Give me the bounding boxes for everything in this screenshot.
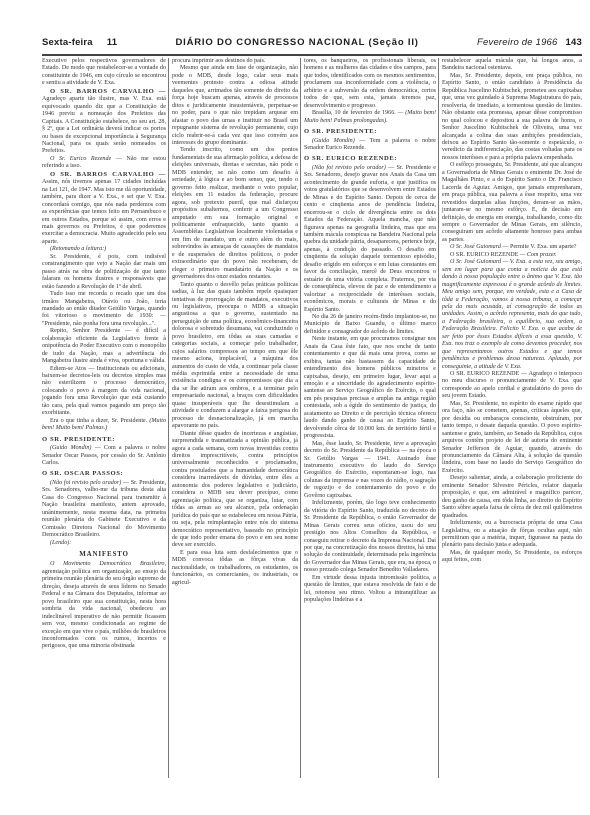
paragraph: Em virtude dessa injusta intromissão pol… [304, 575, 436, 605]
paragraph: O Movimento Democrático Brasileiro, agre… [42, 561, 166, 650]
column-2: procura imprimir aos destinos do país. M… [172, 58, 298, 587]
paragraph: Sr. Presidente, é pois, com indisível co… [42, 254, 166, 291]
speaker-paragraph: O SR. EURICO REZENDE — Com prazer. [442, 252, 582, 259]
speaker-heading: O SR. BARROS CARVALHO — [50, 171, 166, 178]
chair-name: (Guido Mondin) [50, 445, 91, 451]
stage-direction: (Lendo): [42, 540, 166, 547]
speech-paragraph: (Não foi revisto pelo orador) — Sr. Pres… [42, 480, 166, 540]
speaker-heading: O SR. EURICO REZENDE: [304, 155, 436, 162]
paragraph: Mas, Sr. Presidente, depois, em praça pú… [442, 73, 582, 162]
stage-direction: (Retomando a leitura:) [42, 246, 166, 253]
aside-paragraph: O Sr. José Guiomard — Permite V. Exa. um… [442, 244, 582, 251]
paragraph-text: Era o que tinha a dizer, Sr. Presidente. [50, 418, 147, 424]
speaker-reply: — Com prazer. [518, 252, 556, 258]
speaker-name: O SR. EURICO REZENDE [450, 371, 519, 377]
aside-text: — Permite V. Exa. um aparte? [501, 244, 577, 250]
chair-paragraph: (Guido Mondin) — Tem a palavra o nobre S… [304, 138, 436, 153]
chair-name: (Guido Mondin) [312, 138, 355, 144]
paragraph: No dia 26 de janeiro recém-findo implant… [304, 314, 436, 336]
paragraph: Executivo pelos respectivos governadores… [42, 58, 166, 88]
paragraph: O esfôrço prosseguiu, Sr. Presidente, at… [442, 162, 582, 244]
paragraph: Infelizmente, porém, tão logo teve conhe… [304, 500, 436, 575]
header-weekday: Sexta-feira [42, 37, 93, 48]
paragraph: Tudo isso me recorda o recado que um dos… [42, 291, 166, 328]
paragraph-text: — Sr. Presidente e Srs. Senadores, desej… [304, 165, 436, 313]
aside-text: — V. Exa. a esta vez, seu amigo, sem em … [442, 259, 582, 369]
manifesto-title: MANIFESTO [42, 551, 166, 558]
column-4: restabelecer aquela mácula que, há longo… [442, 58, 582, 565]
speaker-heading: O SR. BARROS CARVALHO — [50, 88, 166, 95]
speaker-name: O SR. EURICO REZENDE [450, 252, 518, 258]
paragraph: Mas, êsse laudo, Sr. Presidente, teve a … [304, 441, 436, 501]
paragraph: Tanto quanto o desvêlo pelas práticas po… [172, 282, 298, 431]
header-day: 11 [107, 37, 117, 48]
aside-paragraph: O Sr. Eurico Rezende — Não me estou refe… [42, 156, 166, 171]
header-date-left: Sexta-feira 11 [42, 37, 117, 48]
speaker-heading: O SR. OSCAR PASSOS: [42, 470, 166, 477]
paragraph: restabelecer aquela mácula que, há longo… [442, 58, 582, 73]
publication-title: DIÁRIO DO CONGRESSO NACIONAL (Seção II) [176, 37, 419, 48]
dateline: Brasília, 10 de fevereiro de 1966. [312, 110, 396, 116]
paragraph: Diante dêsse quadro de incertezas e angú… [172, 431, 298, 550]
header-month-year: Fevereiro de 1966 [477, 37, 558, 48]
speaker-paragraph: O SR. BARROS CARVALHO — Agradeço aparte … [42, 88, 166, 156]
paragraph: Ediem-se Atos — Institucionais ou adicio… [42, 366, 166, 418]
column-1: Executivo pelos respectivos governadores… [42, 58, 166, 651]
revision-note: (Não foi revisto pelo orador) [312, 165, 386, 171]
chair-paragraph: (Guido Mondin) — Com a palavra o nobre S… [42, 445, 166, 467]
revision-note: (Não foi revisto pelo orador) [50, 480, 121, 486]
paragraph-text: — Sr. Presidente, Srs. Senadores, valho-… [42, 480, 166, 538]
paragraph: E para essa luta sem desfalecimentos que… [172, 550, 298, 587]
paragraph: Mesmo que ainda em fase de organização, … [172, 65, 298, 147]
speech-text: Agradeço aparte tão ilustre, mas V. Exa.… [42, 96, 166, 154]
paragraph: Mas, de qualquer modo, Sr. Presidente, o… [442, 550, 582, 565]
aside-speaker: O Sr. José Guiomard [450, 259, 501, 265]
page-number: 143 [566, 37, 582, 48]
paragraph: Repito, Senhor Presidente — é difícil a … [42, 328, 166, 365]
paragraph: tores, os banqueiros, os profissionais l… [304, 58, 436, 110]
paragraph: Desejo salientar, ainda, a colaboração p… [442, 475, 582, 520]
aside-paragraph: O Sr. José Guiomard — V. Exa. a esta vez… [442, 259, 582, 371]
page-header: Sexta-feira 11 DIÁRIO DO CONGRESSO NACIO… [42, 37, 582, 51]
header-date-right: Fevereiro de 1966 143 [477, 37, 582, 48]
speaker-paragraph: O SR. BARROS CARVALHO — Assim, nós tivem… [42, 171, 166, 247]
paragraph: Neste instante, em que procuramos consig… [304, 336, 436, 440]
paragraph-text: , agremiação política em organização, ao… [42, 561, 166, 649]
column-3: tores, os banqueiros, os profissionais l… [304, 58, 436, 605]
page-body: Executivo pelos respectivos governadores… [42, 58, 582, 788]
speech-text: Assim, nós tivemos apenas 17 cidades inc… [42, 179, 166, 245]
speaker-heading: O SR. PRESIDENTE: [304, 128, 436, 135]
speaker-paragraph: O SR. EURICO REZENDE — Agradeço o interp… [442, 371, 582, 401]
aside-speaker: O Sr. Eurico Rezende [50, 156, 111, 162]
paragraph: Brasília, 10 de fevereiro de 1966. — (Mu… [304, 110, 436, 125]
paragraph: Era o que tinha a dizer, Sr. Presidente.… [42, 418, 166, 433]
aside-speaker: O Sr. José Guiomard [450, 244, 501, 250]
paragraph: Mas, Sr. Presidente, no espírito do exam… [442, 401, 582, 476]
speech-paragraph: (Não foi revisto pelo orador) — Sr. Pres… [304, 165, 436, 314]
header-rule [42, 54, 582, 56]
party-name: O Movimento Democrático Brasileiro [50, 561, 164, 567]
paragraph: Tendo inscrito, como um dos pontos funda… [172, 147, 298, 281]
paragraph: Infelizmente, ou a burocracia própria de… [442, 520, 582, 550]
speaker-heading: O SR. PRESIDENTE: [42, 436, 166, 443]
